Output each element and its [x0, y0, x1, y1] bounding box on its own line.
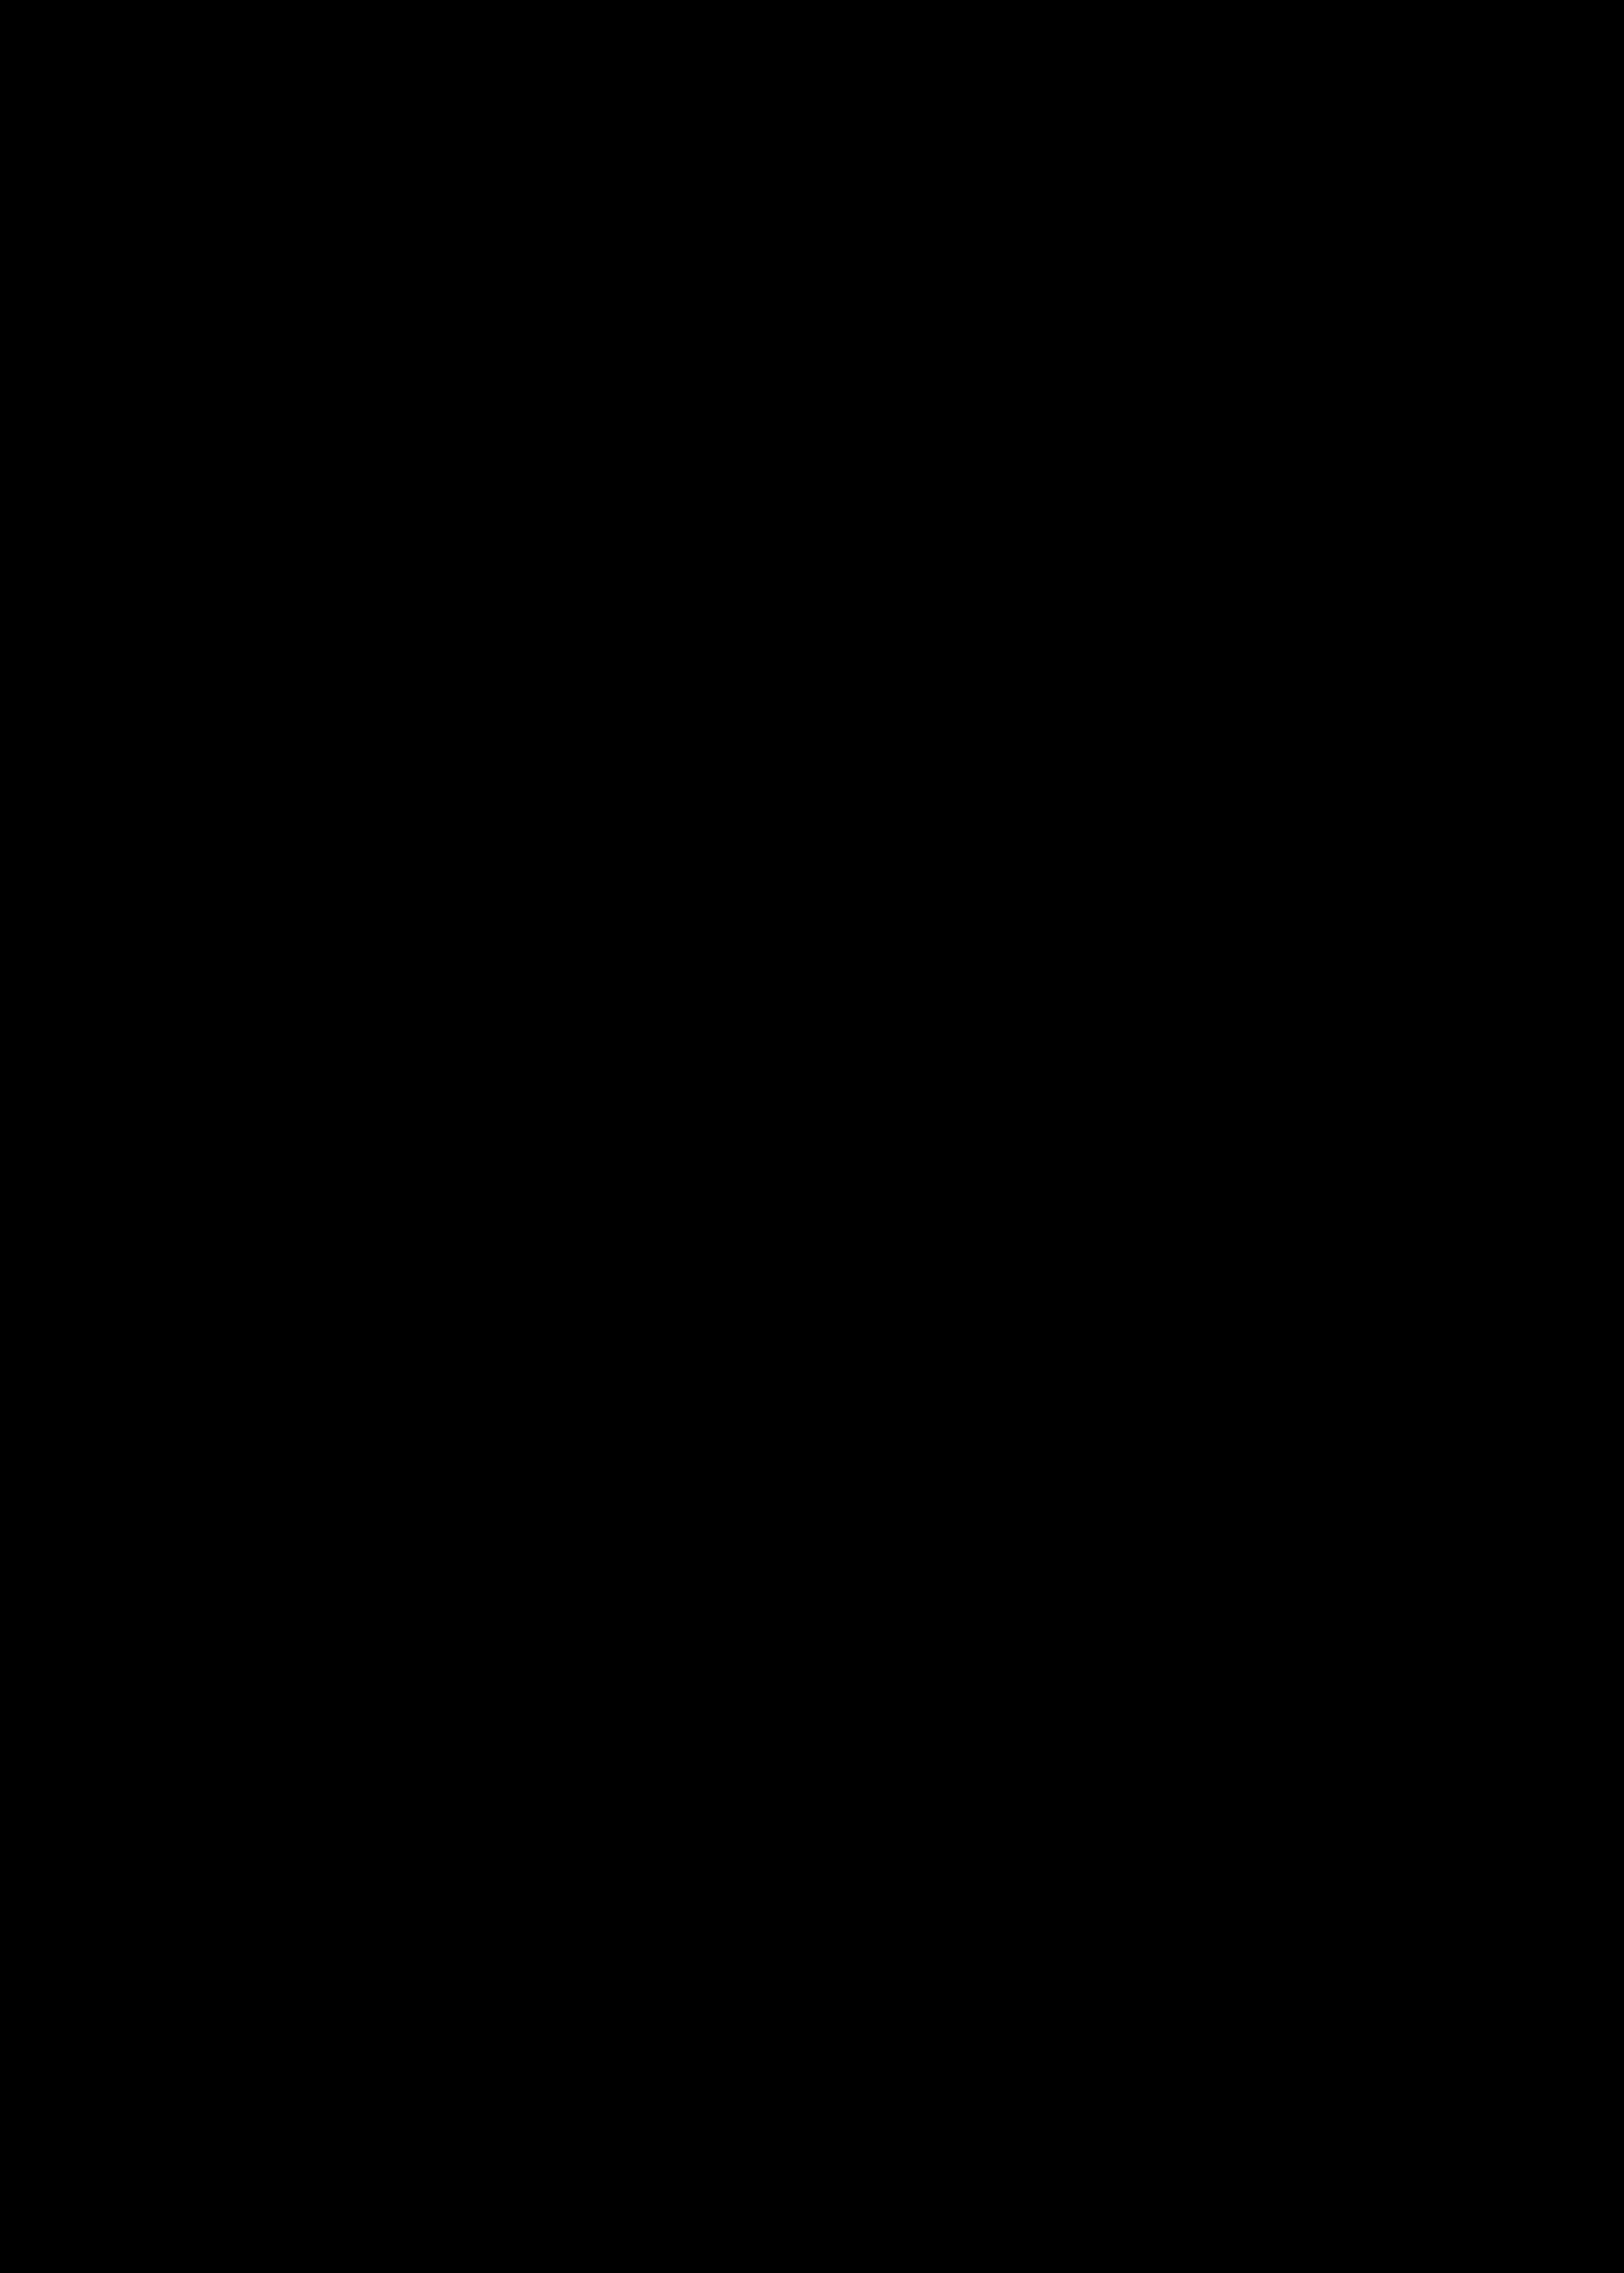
- manuscript-line: odall ept laghō the skulle falle til oss…: [0, 444, 1624, 455]
- manuscript-line: dōmē xl lub mark oc thu som saa wordhr: [0, 262, 1624, 273]
- manuscript-photograph: och no ghi rö vii ak elli bel lagh j n a…: [0, 0, 1624, 2273]
- manuscript-line: ieth haffwe nz worth vpna krey och harü: [0, 398, 1624, 409]
- manuscript-line: ellr görindis vordhr bothe oss· xl lub m…: [0, 341, 1624, 353]
- facing-page-text-fragment: my: [0, 136, 1624, 148]
- margin-squiggle-mark: ʒ: [0, 489, 1624, 500]
- manuscript-line: ker som laghn wth wiser· ath gialdha pa …: [0, 239, 1624, 250]
- manuscript-line: sō komer forz oos oc kiær synæ i thæ kiæ…: [0, 284, 1624, 296]
- facing-page-text-fragment: vt: [0, 125, 1624, 136]
- facing-page-text-fragment: vil: [0, 193, 1624, 205]
- facing-page-text-fragment: vii: [0, 45, 1624, 57]
- facing-page-text-fragment: elli: [0, 68, 1624, 80]
- manuscript-line: sō hā saa nz vr thā pa kieridhæ hafii ep…: [0, 421, 1624, 432]
- facing-page-text-fragment: och: [0, 0, 1624, 11]
- manuscript-line: al och brifth ellr oc for the domær som …: [0, 296, 1624, 307]
- facing-page-text-fragment: a·di: [0, 114, 1624, 125]
- manuscript-line: stath och vbwndhn hwoso thr e modh göa:: [0, 330, 1624, 341]
- facing-page-text-fragment: ju: [0, 216, 1624, 227]
- manuscript-line: och mystæ synæ len· Och standhæ thom: [0, 353, 1624, 364]
- manuscript-line: laghō· Jtē hwo sō förbridhr syne Jardhr …: [0, 432, 1624, 444]
- facing-page-text-fragment: ry: [0, 182, 1624, 193]
- facing-page-text-fragment: lm: [0, 159, 1624, 171]
- manuscript-line: leen af oss· Jtē hvilke demez sō vii til: [0, 466, 1624, 478]
- manuscript-line: vii ath thu skal wæ thr for vreugheth vb…: [0, 318, 1624, 330]
- facing-page-text-fragment: lagh: [0, 91, 1624, 102]
- manuscript-line: nighr och anklages eller pa keres fore t…: [0, 227, 1624, 239]
- facing-page-text-fragment: ghi: [0, 23, 1624, 34]
- manuscript-line: sō akieriz pulyethess ept laghn nz xii: [0, 364, 1624, 375]
- facing-page-text-fragment: ak: [0, 57, 1624, 68]
- manuscript-line: ōne och ey til thom sō haffū laudh· ellr: [0, 455, 1624, 466]
- facing-page-text-fragment: nu: [0, 205, 1624, 216]
- manuscript-line: mānē dome En komer· noghr ror oss: [0, 375, 1624, 387]
- facing-page-text-fragment: on: [0, 171, 1624, 182]
- manuscript-text-block: nighr och anklages eller pa keres fore t…: [0, 227, 1624, 489]
- facing-page-text-fragment: j n: [0, 102, 1624, 114]
- facing-page-text-fragment: bel: [0, 80, 1624, 91]
- facing-page-text-fragment: rö: [0, 34, 1624, 45]
- manuscript-line: gripē hillertte ept· xii māna domæ· Jtē …: [0, 273, 1624, 284]
- facing-page-text-fragment: no: [0, 11, 1624, 23]
- facing-page-text-fragment: rö: [0, 148, 1624, 159]
- manuscript-line: ellr ror the domer sō vii hwa til skikk,: [0, 387, 1624, 398]
- manuscript-line: tul skikiæ nz wor vpna befallelsæ bff vi…: [0, 307, 1624, 318]
- manuscript-line: æræ· hwo som· her· e modh gör bothe kong…: [0, 250, 1624, 262]
- manuscript-line: skikke nz vor vpna bff ath sithe dōm: [0, 478, 1624, 489]
- manuscript-line: ey i thæ kiær mal tha bothæ i modh thu: [0, 409, 1624, 421]
